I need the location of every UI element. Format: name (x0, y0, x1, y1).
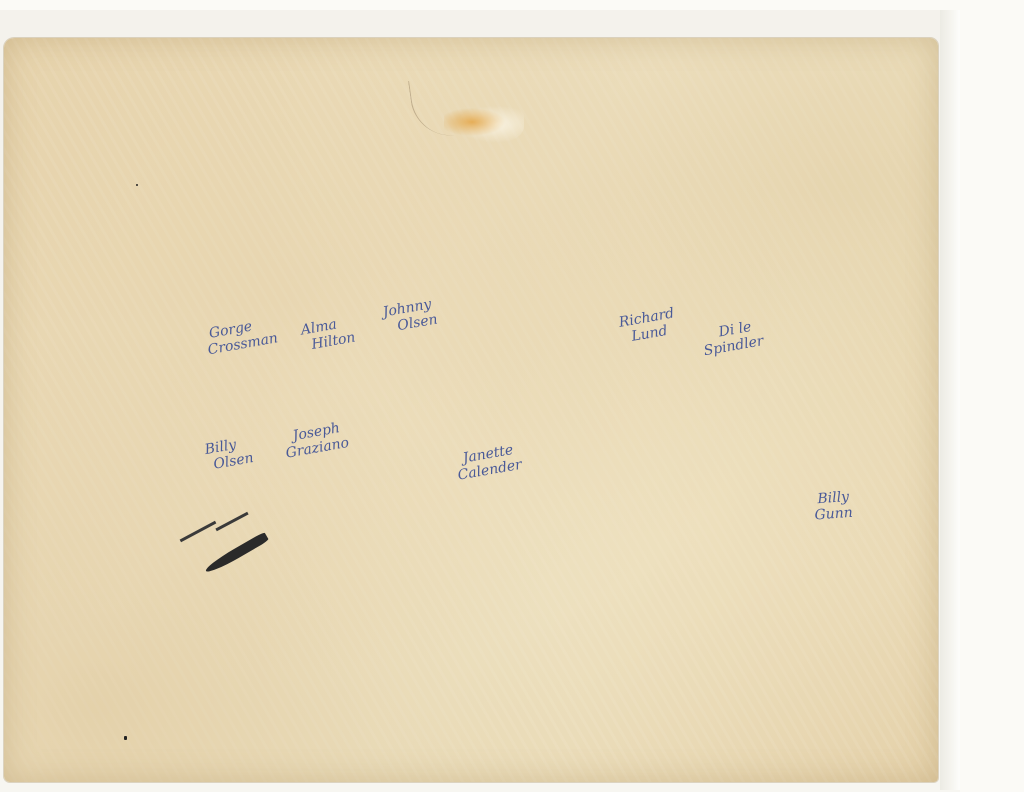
signature-alma-hilton: Alma Hilton (300, 314, 357, 355)
ink-smear (204, 532, 270, 576)
signature-billy-olsen: Billy Olsen (204, 434, 255, 474)
ink-dash (215, 512, 248, 532)
ink-speck (124, 736, 127, 740)
signature-line: Spindler (702, 333, 764, 359)
signature-billy-gunn: Billy Gunn (817, 489, 853, 523)
signature-dile-spindler: Di le Spindler (704, 317, 765, 358)
signature-joseph-graziano: Joseph Graziano (286, 419, 351, 461)
signature-johnny-olsen: Johnny Olsen (382, 296, 439, 337)
signature-line: Gunn (814, 505, 853, 524)
ink-speck (136, 184, 138, 186)
sleeve-edge (940, 10, 960, 790)
signature-gorge-crossman: Gorge Crossman (208, 314, 279, 357)
water-stain (444, 100, 524, 144)
ink-dash (180, 521, 217, 542)
signature-janette-calender: Janette Calender (458, 441, 523, 483)
signature-richard-lund: Richard Lund (618, 305, 679, 346)
photo-card-back: Gorge Crossman Alma Hilton Johnny Olsen … (4, 38, 938, 782)
